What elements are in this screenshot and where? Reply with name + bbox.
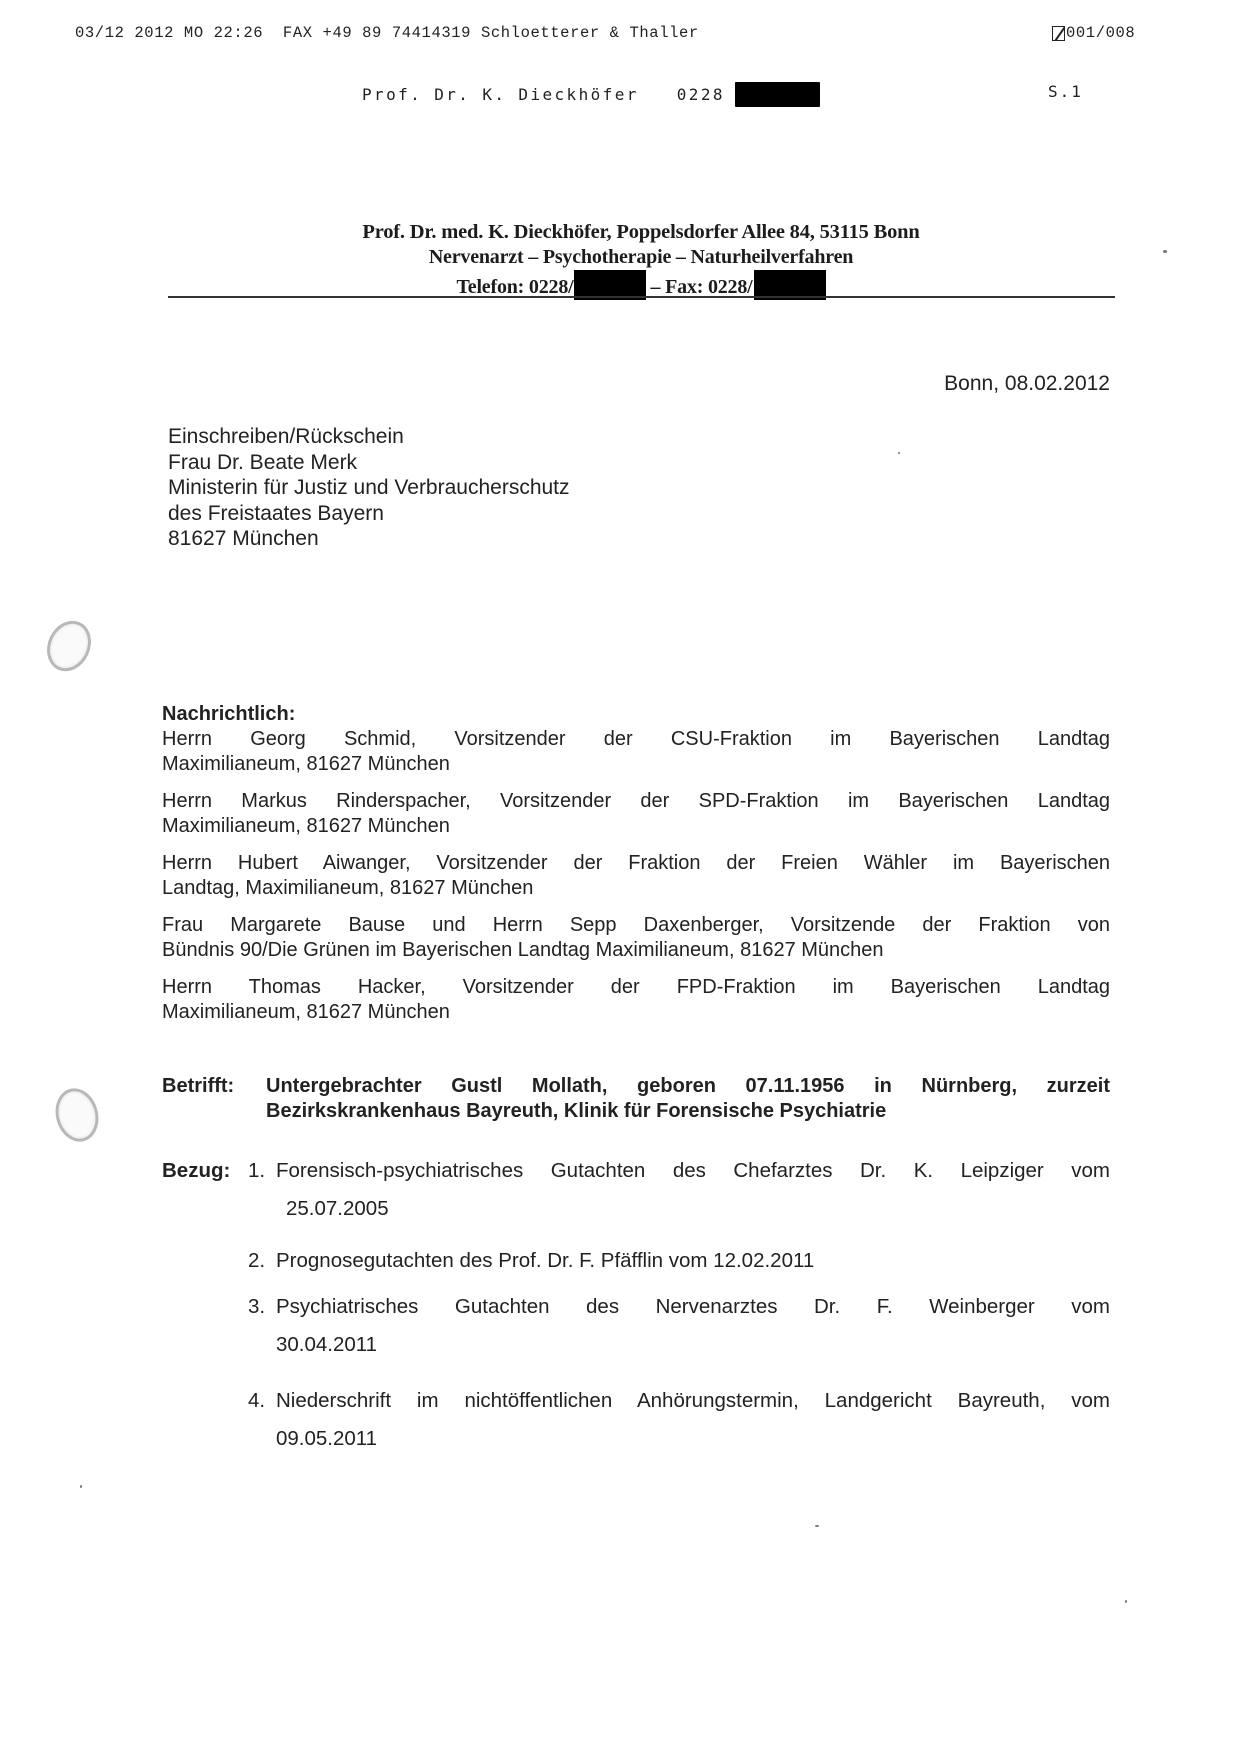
fax-transmission-header: 03/12 2012 MO 22:26 FAX +49 89 74414319 … bbox=[75, 24, 699, 42]
punch-hole bbox=[39, 614, 99, 679]
cc-item-line: Herrn Georg Schmid, Vorsitzender der CSU… bbox=[162, 727, 1110, 752]
references-block: Bezug: 1. Forensisch-psychiatrisches Gut… bbox=[162, 1152, 1110, 1458]
cc-item-line: Herrn Markus Rinderspacher, Vorsitzender… bbox=[162, 789, 1110, 814]
fax-page-counter: 001/008 bbox=[1052, 24, 1135, 42]
scan-speck bbox=[815, 1525, 819, 1527]
recipient-address: Einschreiben/Rückschein Frau Dr. Beate M… bbox=[168, 424, 570, 552]
reference-number: 1. bbox=[248, 1152, 276, 1228]
address-line: Ministerin für Justiz und Verbrauchersch… bbox=[168, 475, 570, 501]
redaction-bar bbox=[735, 82, 820, 107]
reference-number: 2. bbox=[248, 1242, 276, 1280]
cc-item: Herrn Markus Rinderspacher, Vorsitzender… bbox=[162, 789, 1110, 839]
reference-indent bbox=[162, 1242, 248, 1280]
references-label: Bezug: bbox=[162, 1152, 248, 1228]
cc-item: Frau Margarete Bause und Herrn Sepp Daxe… bbox=[162, 913, 1110, 963]
cc-item: Herrn Hubert Aiwanger, Vorsitzender der … bbox=[162, 851, 1110, 901]
letterhead-specialties: Nervenarzt – Psychotherapie – Naturheilv… bbox=[168, 245, 1114, 270]
reference-number: 3. bbox=[248, 1288, 276, 1364]
scan-speck bbox=[1125, 1600, 1127, 1603]
letterhead-divider bbox=[168, 296, 1115, 298]
cc-item-line: Herrn Thomas Hacker, Vorsitzender der FP… bbox=[162, 975, 1110, 1000]
reference-number: 4. bbox=[248, 1382, 276, 1458]
address-line: 81627 München bbox=[168, 526, 570, 552]
reference-line: Niederschrift im nichtöffentlichen Anhör… bbox=[276, 1382, 1110, 1420]
letter-date: Bonn, 08.02.2012 bbox=[944, 372, 1110, 396]
sender-phone-prefix: 0228 bbox=[677, 85, 725, 104]
reference-item: Bezug: 1. Forensisch-psychiatrisches Gut… bbox=[162, 1152, 1110, 1228]
page-number: S.1 bbox=[1048, 82, 1083, 101]
scan-speck bbox=[898, 452, 900, 454]
address-line: Einschreiben/Rückschein bbox=[168, 424, 570, 450]
reference-item: 4. Niederschrift im nichtöffentlichen An… bbox=[162, 1382, 1110, 1458]
address-line: des Freistaates Bayern bbox=[168, 501, 570, 527]
subject-block: Betrifft: Untergebrachter Gustl Mollath,… bbox=[162, 1074, 1110, 1124]
reference-line: Prognosegutachten des Prof. Dr. F. Pfäff… bbox=[276, 1242, 1110, 1280]
cc-item: Herrn Georg Schmid, Vorsitzender der CSU… bbox=[162, 727, 1110, 777]
address-line: Frau Dr. Beate Merk bbox=[168, 450, 570, 476]
subject-label: Betrifft: bbox=[162, 1074, 266, 1124]
reference-text: Niederschrift im nichtöffentlichen Anhör… bbox=[276, 1382, 1110, 1458]
reference-text: Psychiatrisches Gutachten des Nervenarzt… bbox=[276, 1288, 1110, 1364]
reference-line: Forensisch-psychiatrisches Gutachten des… bbox=[276, 1152, 1110, 1190]
punch-hole bbox=[50, 1083, 105, 1146]
cc-item-line: Herrn Hubert Aiwanger, Vorsitzender der … bbox=[162, 851, 1110, 876]
cc-title: Nachrichtlich: bbox=[162, 702, 1110, 727]
cc-item-line: Maximilianeum, 81627 München bbox=[162, 753, 450, 775]
reference-item: 2. Prognosegutachten des Prof. Dr. F. Pf… bbox=[162, 1242, 1110, 1280]
sender-name: Prof. Dr. K. Dieckhöfer bbox=[362, 85, 639, 104]
reference-line: 09.05.2011 bbox=[276, 1420, 1110, 1458]
reference-text: Prognosegutachten des Prof. Dr. F. Pfäff… bbox=[276, 1242, 1110, 1280]
cc-item: Herrn Thomas Hacker, Vorsitzender der FP… bbox=[162, 975, 1110, 1025]
cc-item-line: Maximilianeum, 81627 München bbox=[162, 1001, 450, 1023]
cc-item-line: Maximilianeum, 81627 München bbox=[162, 815, 450, 837]
reference-line: 30.04.2011 bbox=[276, 1326, 1110, 1364]
cc-list: Nachrichtlich: Herrn Georg Schmid, Vorsi… bbox=[162, 702, 1110, 1037]
reference-indent bbox=[162, 1288, 248, 1364]
letterhead-name-address: Prof. Dr. med. K. Dieckhöfer, Poppelsdor… bbox=[168, 220, 1114, 245]
cc-item-line: Frau Margarete Bause und Herrn Sepp Daxe… bbox=[162, 913, 1110, 938]
reference-text: Forensisch-psychiatrisches Gutachten des… bbox=[276, 1152, 1110, 1228]
fax-page-counter-text: 001/008 bbox=[1066, 24, 1135, 42]
cc-item-line: Bündnis 90/Die Grünen im Bayerischen Lan… bbox=[162, 939, 884, 961]
reference-item: 3. Psychiatrisches Gutachten des Nervena… bbox=[162, 1288, 1110, 1364]
reference-line: Psychiatrisches Gutachten des Nervenarzt… bbox=[276, 1288, 1110, 1326]
reference-indent bbox=[162, 1382, 248, 1458]
scan-speck bbox=[1163, 250, 1167, 253]
letterhead: Prof. Dr. med. K. Dieckhöfer, Poppelsdor… bbox=[168, 220, 1114, 300]
sender-line: Prof. Dr. K. Dieckhöfer 0228 bbox=[362, 82, 820, 107]
subject-text: Untergebrachter Gustl Mollath, geboren 0… bbox=[266, 1074, 1110, 1124]
subject-line: Untergebrachter Gustl Mollath, geboren 0… bbox=[266, 1074, 1110, 1099]
reference-line: 25.07.2005 bbox=[276, 1190, 1110, 1228]
subject-line: Bezirkskrankenhaus Bayreuth, Klinik für … bbox=[266, 1100, 886, 1122]
fax-page-icon bbox=[1052, 26, 1065, 41]
cc-item-line: Landtag, Maximilianeum, 81627 München bbox=[162, 877, 533, 899]
scan-speck bbox=[80, 1485, 82, 1488]
